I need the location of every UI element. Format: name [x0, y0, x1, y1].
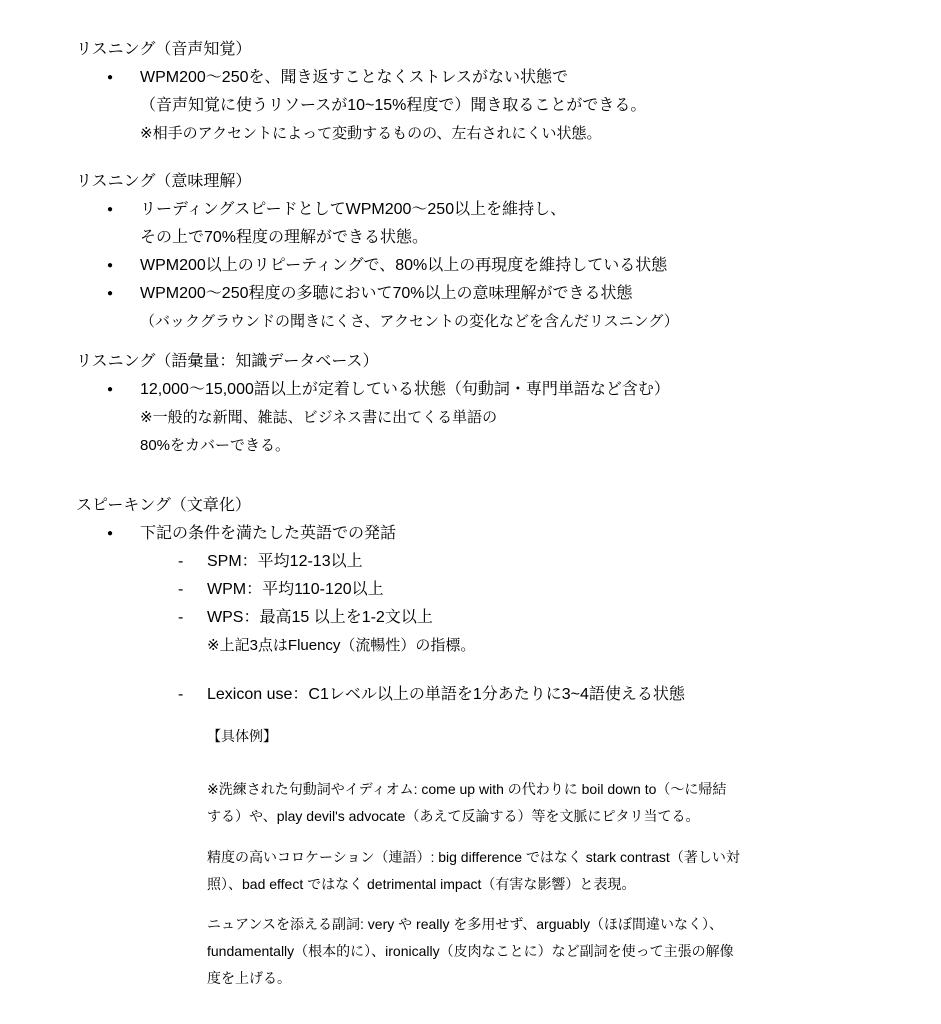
dash-icon: - [178, 576, 183, 604]
section-listening-perception: リスニング（音声知覚） ●WPM200〜250を、聞き返すことなくストレスがない… [0, 36, 941, 148]
example-line: 精度の高いコロケーション（連語）: big difference ではなく st… [207, 844, 941, 871]
example-line: 度を上げる。 [207, 965, 941, 992]
section-title: リスニング（音声知覚） [76, 36, 941, 64]
bullet-item: ●リーディングスピードとしてWPM200〜250以上を維持し、 [140, 196, 941, 224]
dash-text: WPS：最高15 以上を1-2文以上 [207, 609, 433, 626]
bullet-text: リーディングスピードとしてWPM200〜250以上を維持し、 [140, 201, 566, 218]
bullet-item: ●WPM200〜250程度の多聴において70%以上の意味理解ができる状態 [140, 280, 941, 308]
continuation-line: その上で70%程度の理解ができる状態。 [140, 224, 941, 252]
dash-text: SPM：平均12-13以上 [207, 553, 363, 570]
bullet-icon: ● [107, 520, 113, 548]
example-paragraph-collocations: 精度の高いコロケーション（連語）: big difference ではなく st… [0, 844, 941, 898]
example-label: 【具体例】 [207, 723, 941, 750]
dash-icon: - [178, 604, 183, 632]
bullet-icon: ● [107, 280, 113, 308]
example-line: fundamentally（根本的に）、ironically（皮肉なことに）など… [207, 938, 941, 965]
section-listening-vocabulary: リスニング（語彙量：知識データベース） ●12,000〜15,000語以上が定着… [0, 348, 941, 460]
note-line: （バックグラウンドの聞きにくさ、アクセントの変化などを含んだリスニング） [140, 308, 941, 336]
note-line: ※一般的な新聞、雑誌、ビジネス書に出てくる単語の [140, 404, 941, 432]
dash-item-spm: -SPM：平均12-13以上 [207, 548, 941, 576]
document-page: リスニング（音声知覚） ●WPM200〜250を、聞き返すことなくストレスがない… [0, 0, 941, 992]
bullet-icon: ● [107, 376, 113, 404]
example-paragraph-adverbs: ニュアンスを添える副詞: very や really を多用せず、arguabl… [0, 911, 941, 992]
metrics-note: ※上記3点はFluency（流暢性）の指標。 [207, 632, 941, 660]
dash-text: Lexicon use：C1レベル以上の単語を1分あたりに3~4語使える状態 [207, 686, 685, 703]
bullet-icon: ● [107, 64, 113, 92]
bullet-item: ●12,000〜15,000語以上が定着している状態（句動詞・専門単語など含む） [140, 376, 941, 404]
bullet-text: 下記の条件を満たした英語での発話 [140, 525, 396, 542]
dash-icon: - [178, 548, 183, 576]
bullet-item: ●WPM200以上のリピーティングで、80%以上の再現度を維持している状態 [140, 252, 941, 280]
note-line: 80%をカバーできる。 [140, 432, 941, 460]
example-line: 照）、bad effect ではなく detrimental impact（有害… [207, 871, 941, 898]
bullet-text: WPM200〜250程度の多聴において70%以上の意味理解ができる状態 [140, 285, 633, 302]
bullet-icon: ● [107, 196, 113, 224]
note-line: ※相手のアクセントによって変動するものの、左右されにくい状態。 [140, 120, 941, 148]
bullet-text: 12,000〜15,000語以上が定着している状態（句動詞・専門単語など含む） [140, 381, 670, 398]
section-title: リスニング（語彙量：知識データベース） [76, 348, 941, 376]
dash-item-wpm: -WPM：平均110-120以上 [207, 576, 941, 604]
example-line: ニュアンスを添える副詞: very や really を多用せず、arguabl… [207, 911, 941, 938]
dash-text: WPM：平均110-120以上 [207, 581, 384, 598]
bullet-item: ●WPM200〜250を、聞き返すことなくストレスがない状態で [140, 64, 941, 92]
section-speaking: スピーキング（文章化） ●下記の条件を満たした英語での発話 -SPM：平均12-… [0, 492, 941, 992]
section-listening-comprehension: リスニング（意味理解） ●リーディングスピードとしてWPM200〜250以上を維… [0, 168, 941, 336]
example-paragraph-idioms: ※洗練された句動詞やイディオム: come up with の代わりに boil… [0, 776, 941, 830]
bullet-text: WPM200以上のリピーティングで、80%以上の再現度を維持している状態 [140, 257, 667, 274]
dash-item-wps: -WPS：最高15 以上を1-2文以上 [207, 604, 941, 632]
bullet-icon: ● [107, 252, 113, 280]
bullet-item: ●下記の条件を満たした英語での発話 [140, 520, 941, 548]
example-line: ※洗練された句動詞やイディオム: come up with の代わりに boil… [207, 776, 941, 803]
dash-item-lexicon: -Lexicon use：C1レベル以上の単語を1分あたりに3~4語使える状態 [207, 681, 941, 709]
bullet-text: WPM200〜250を、聞き返すことなくストレスがない状態で [140, 69, 568, 86]
dash-icon: - [178, 681, 183, 709]
section-title: リスニング（意味理解） [76, 168, 941, 196]
continuation-line: （音声知覚に使うリソースが10~15%程度で）聞き取ることができる。 [140, 92, 941, 120]
example-line: する）や、play devil's advocate（あえて反論する）等を文脈に… [207, 803, 941, 830]
section-title: スピーキング（文章化） [76, 492, 941, 520]
